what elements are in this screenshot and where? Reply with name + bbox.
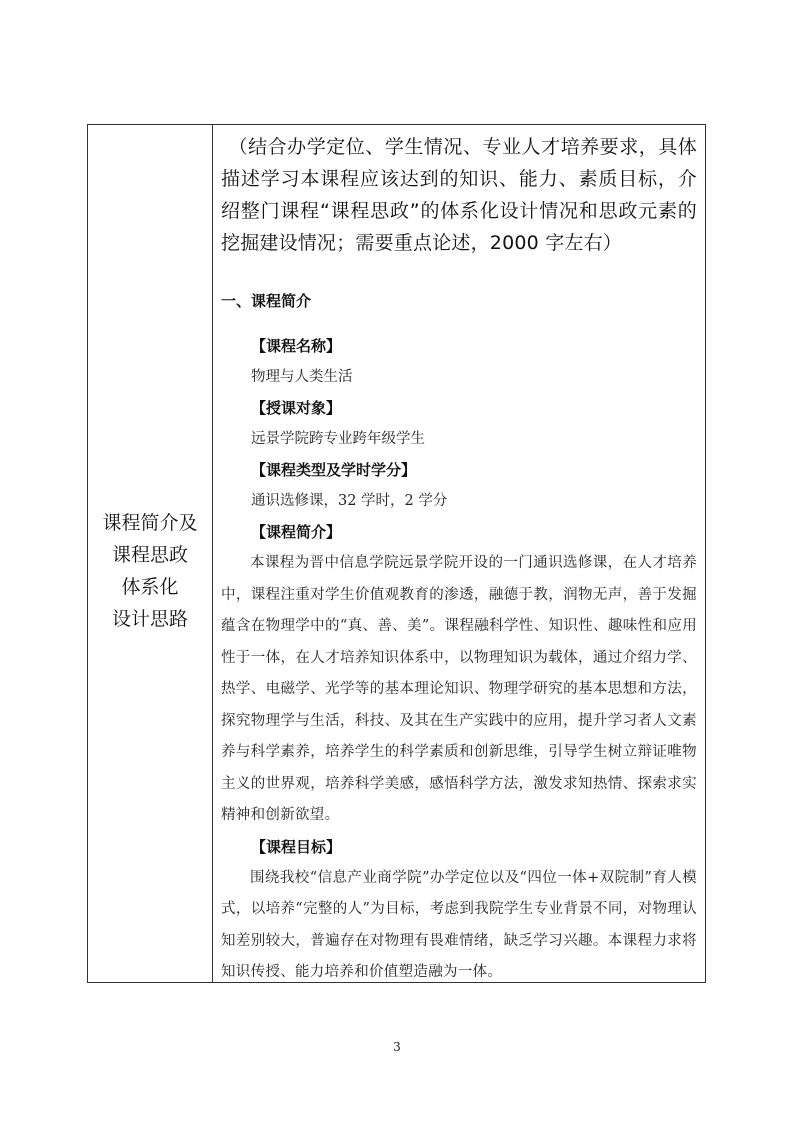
course-intro-label: 【课程简介】 xyxy=(221,517,697,548)
page-number: 3 xyxy=(0,1040,794,1054)
course-name-label: 【课程名称】 xyxy=(221,331,697,362)
audience-label: 【授课对象】 xyxy=(221,393,697,424)
course-goal-paragraph: 围绕我校“信息产业商学院”办学定位以及“四位一体+双院制”育人模式，以培养“完整… xyxy=(221,863,697,989)
course-type-value: 通识选修课，32 学时，2 学分 xyxy=(221,486,697,517)
course-type-label: 【课程类型及学时学分】 xyxy=(221,455,697,486)
table-label-cell: 课程简介及 课程思政 体系化 设计思路 xyxy=(88,125,213,982)
course-intro-paragraph: 本课程为晋中信息学院远景学院开设的一门通识选修课，在人才培养中，课程注重对学生价… xyxy=(221,548,697,832)
row-label-line: 课程简介及 xyxy=(102,507,197,539)
row-label-line: 设计思路 xyxy=(102,603,197,635)
row-label-line: 体系化 xyxy=(102,571,197,603)
course-name-value: 物理与人类生活 xyxy=(221,362,697,393)
audience-value: 远景学院跨专业跨年级学生 xyxy=(221,424,697,455)
section-heading: 一、课程简介 xyxy=(221,289,697,313)
table-content-cell: （结合办学定位、学生情况、专业人才培养要求，具体描述学习本课程应该达到的知识、能… xyxy=(213,125,705,982)
course-design-table: 课程简介及 课程思政 体系化 设计思路 （结合办学定位、学生情况、专业人才培养要… xyxy=(87,124,706,983)
row-label: 课程简介及 课程思政 体系化 设计思路 xyxy=(102,507,197,635)
instruction-text: （结合办学定位、学生情况、专业人才培养要求，具体描述学习本课程应该达到的知识、能… xyxy=(221,131,697,259)
row-label-line: 课程思政 xyxy=(102,539,197,571)
course-goal-label: 【课程目标】 xyxy=(221,832,697,863)
